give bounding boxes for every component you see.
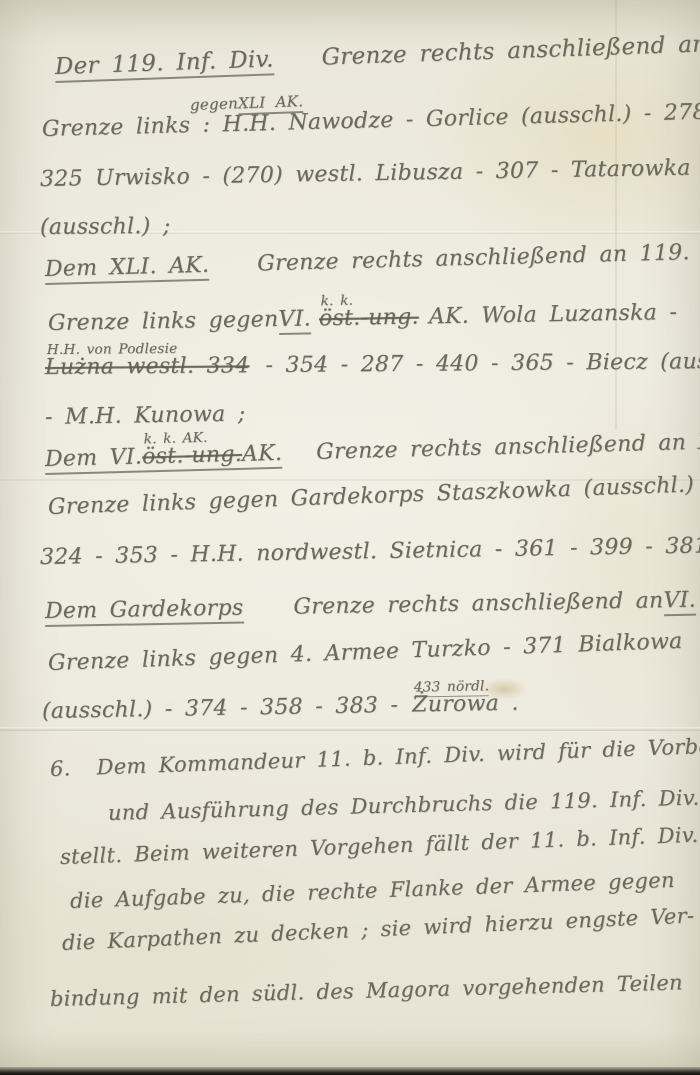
struck-text: öst.-ung.k. k. [319,306,419,332]
text-segment: Dem Kommandeur 11. b. Inf. Div. wird für… [96,732,700,779]
line-stellt-beim-weiteren: stellt. Beim weiteren Vorgehen fällt der… [60,824,699,869]
text-segment: AK. Wola Luzanska - [429,301,678,330]
inserted-correction-text: k. k. [320,294,353,310]
line-grenze-links-gorlice: Grenze links : H.H. Nawodze - Gorlice (a… [42,101,700,143]
text-segment: 324 - 353 - H.H. nordwestl. Sietnica - 3… [40,533,700,571]
scan-edge-shadow [0,1067,700,1075]
inserted-correction-text: k. k. AK. [143,431,207,448]
text-segment: 6. [50,757,71,781]
text-segment: bindung mit den südl. des Magora vorgehe… [50,971,683,1011]
document-page: Der 119. Inf. Div.Grenze rechts anschlie… [0,0,700,1075]
line-mh-kunowa: - M.H. Kunowa ; [45,403,246,431]
line-die-aufgabe-zu: die Aufgabe zu, die rechte Flanke der Ar… [70,869,676,913]
struck-text: öst.-ung.k. k. AK. [142,443,243,473]
text-segment: VI. [663,589,696,617]
text-segment: Grenze links : H.H. Nawodze - Gorlice (a… [42,101,700,143]
line-354-287-440: Lużna westl. 334H.H. von Podlesie- 354 -… [45,350,700,381]
text-segment: Dem XLI. AK. [45,254,210,285]
text-segment: die Aufgabe zu, die rechte Flanke der Ar… [70,869,676,913]
line-grenze-links-staszkowka: Grenze links gegen Gardekorps Staszkowka… [48,473,700,520]
text-segment: Grenze rechts anschließend an 119. Inf. … [257,238,700,276]
text-segment: Żurowa .433 nördl. [412,692,519,718]
text-segment: und Ausführung des Durchbruchs die 119. … [108,784,700,825]
line-6-dem-kommandeur: 6.Dem Kommandeur 11. b. Inf. Div. wird f… [50,732,700,781]
inserted-correction-text: H.H. von Podlesie [47,342,178,358]
text-segment: (ausschl.) ; [40,215,171,240]
text-segment: 325 Urwisko - (270) westl. Libusza - 307… [40,156,700,193]
line-dem-xli-ak: Dem XLI. AK.Grenze rechts anschließend a… [45,238,700,285]
text-segment: Grenze links gegen [48,308,279,336]
text-segment: Dem VI. [45,445,143,475]
text-segment: Grenze rechts anschließend an [293,589,664,620]
struck-text: Lużna westl. 334H.H. von Podlesie [45,354,250,380]
line-ausschl: (ausschl.) ; [40,215,171,240]
text-segment: stellt. Beim weiteren Vorgehen fällt der… [60,824,699,869]
line-und-ausfuehrung: und Ausführung des Durchbruchs die 119. … [108,784,700,825]
text-segment: - 354 - 287 - 440 - 365 - Biecz (ausschl… [265,350,700,379]
line-die-karpathen: die Karpathen zu decken ; sie wird hierz… [61,904,694,955]
inserted-correction-text: 433 nördl. [414,679,490,697]
line-325-urwisko: 325 Urwisko - (270) westl. Libusza - 307… [40,156,700,193]
line-119-inf-div-heading: Der 119. Inf. Div.Grenze rechts anschlie… [55,26,700,83]
text-segment: Dem Gardekorps [45,597,244,628]
text-segment: Grenze rechts anschließend an XLI. AK. [316,428,700,465]
line-dem-gardekorps: Dem GardekorpsGrenze rechts anschließend… [45,587,700,627]
text-segment: AK. [242,442,283,470]
line-dem-vi-ak: Dem VI. öst.-ung.k. k. AK. AK.Grenze rec… [45,428,700,475]
text-segment: Grenze rechts anschließend an 11. b. Inf… [321,26,700,71]
line-grenze-links-wola-luzanska: Grenze links gegen VI.öst.-ung.k. k.AK. … [48,301,678,339]
line-324-353-sietnica: 324 - 353 - H.H. nordwestl. Sietnica - 3… [40,533,700,571]
text-segment: Der 119. Inf. Div. [55,47,275,83]
text-segment: - M.H. Kunowa ; [45,403,246,431]
text-segment: Grenze links gegen 4. Armee Turzko - 371… [48,630,683,676]
text-segment: VI. [278,307,311,335]
text-segment: gegen [190,95,239,113]
line-grenze-links-4-armee: Grenze links gegen 4. Armee Turzko - 371… [48,630,683,676]
line-bindung-mit: bindung mit den südl. des Magora vorgehe… [50,971,683,1011]
text-segment: die Karpathen zu decken ; sie wird hierz… [61,904,694,955]
fold-crease-horizontal-lower [0,727,700,731]
text-segment: (ausschl.) - 374 - 358 - 383 - [42,694,399,724]
text-segment: Grenze links gegen Gardekorps Staszkowka… [48,473,700,520]
line-374-358-zurowa: (ausschl.) - 374 - 358 - 383 -Żurowa .43… [42,692,519,725]
